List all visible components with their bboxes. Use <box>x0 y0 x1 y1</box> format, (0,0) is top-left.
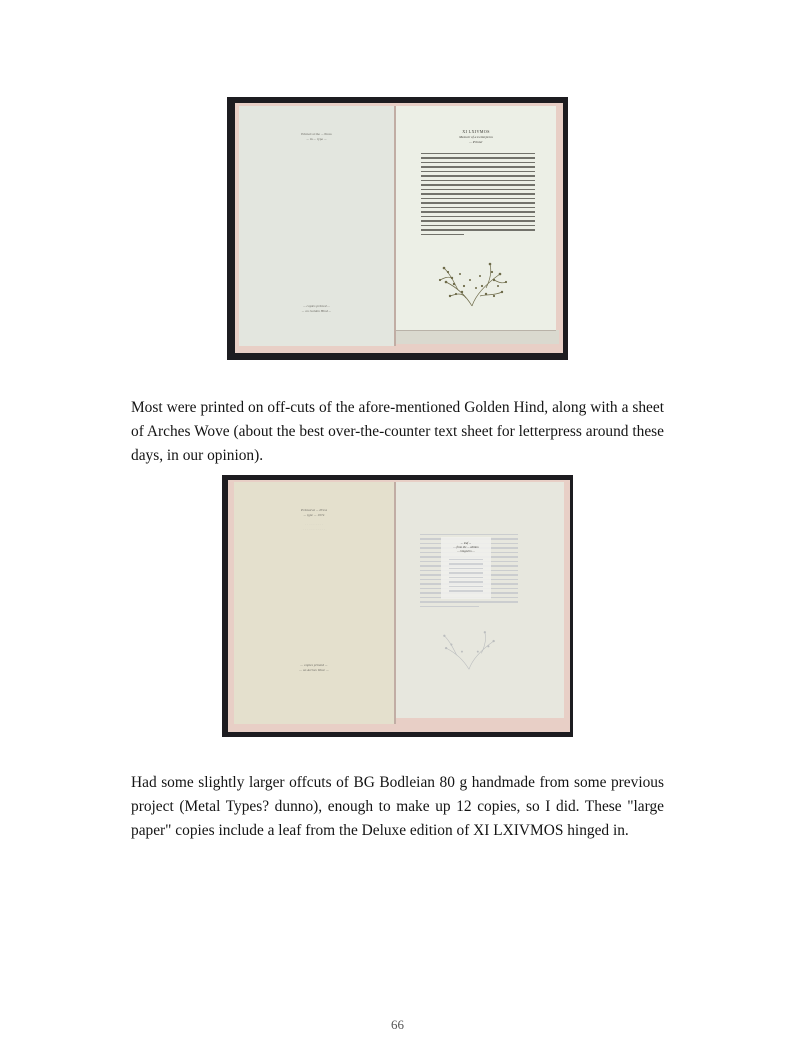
botanical-sprig-illustration <box>436 258 508 308</box>
left-page-top-text-2: ... type ... 1974 <box>234 513 394 518</box>
left-page: Printed at the ... Press ... in ... type… <box>239 106 394 346</box>
right-page-subheading-1: Memoir of a Letterpress <box>396 135 556 140</box>
booklet-photo-golden-hind: Printed at the ... Press ... in ... type… <box>227 97 568 360</box>
left-page-bottom-text-2: ... on Arches Wove ... <box>234 668 394 673</box>
paragraph-paper-stock: Most were printed on off-cuts of the afo… <box>131 396 664 468</box>
booklet-photo-arches-wove: Printed at ... Press ... type ... 1974 ·… <box>222 475 573 737</box>
page-number: 66 <box>0 1017 795 1033</box>
overlay-faint-lines <box>449 559 483 595</box>
left-page-bottom-text-2: ... on Golden Hind ... <box>239 309 394 314</box>
left-page-top-text-1: Printed at the ... Press <box>239 132 394 137</box>
overlay-text-3: ... hinged in ... <box>441 549 491 554</box>
right-page: XI LXIVMOS Memoir of a Letterpress ... P… <box>396 106 556 330</box>
right-page-subheading-2: ... Printer <box>396 140 556 145</box>
paragraph-large-paper-copies: Had some slightly larger offcuts of BG B… <box>131 771 664 843</box>
left-page: Printed at ... Press ... type ... 1974 ·… <box>234 482 394 724</box>
left-page-bottom-text-1: ... copies printed ... <box>234 663 394 668</box>
left-page-bottom-text-1: ... copies printed ... <box>239 304 394 309</box>
right-page-body-text <box>421 153 535 238</box>
overlay-inset-box: ... leaf ... ... from the ... edition ..… <box>441 537 491 599</box>
left-page-top-text-2: ... in ... type ... <box>239 137 394 142</box>
left-page-showthrough-2: · · · · · · · · · · · <box>234 528 394 533</box>
left-page-top-text-1: Printed at ... Press <box>234 508 394 513</box>
right-page-translucent-overlay: ... leaf ... ... from the ... edition ..… <box>396 482 564 718</box>
showthrough-sprig-illustration <box>436 627 502 671</box>
under-sheet <box>396 330 559 344</box>
right-page-heading: XI LXIVMOS <box>396 130 556 135</box>
left-page-showthrough-1: · · · · · · · · · <box>234 523 394 528</box>
